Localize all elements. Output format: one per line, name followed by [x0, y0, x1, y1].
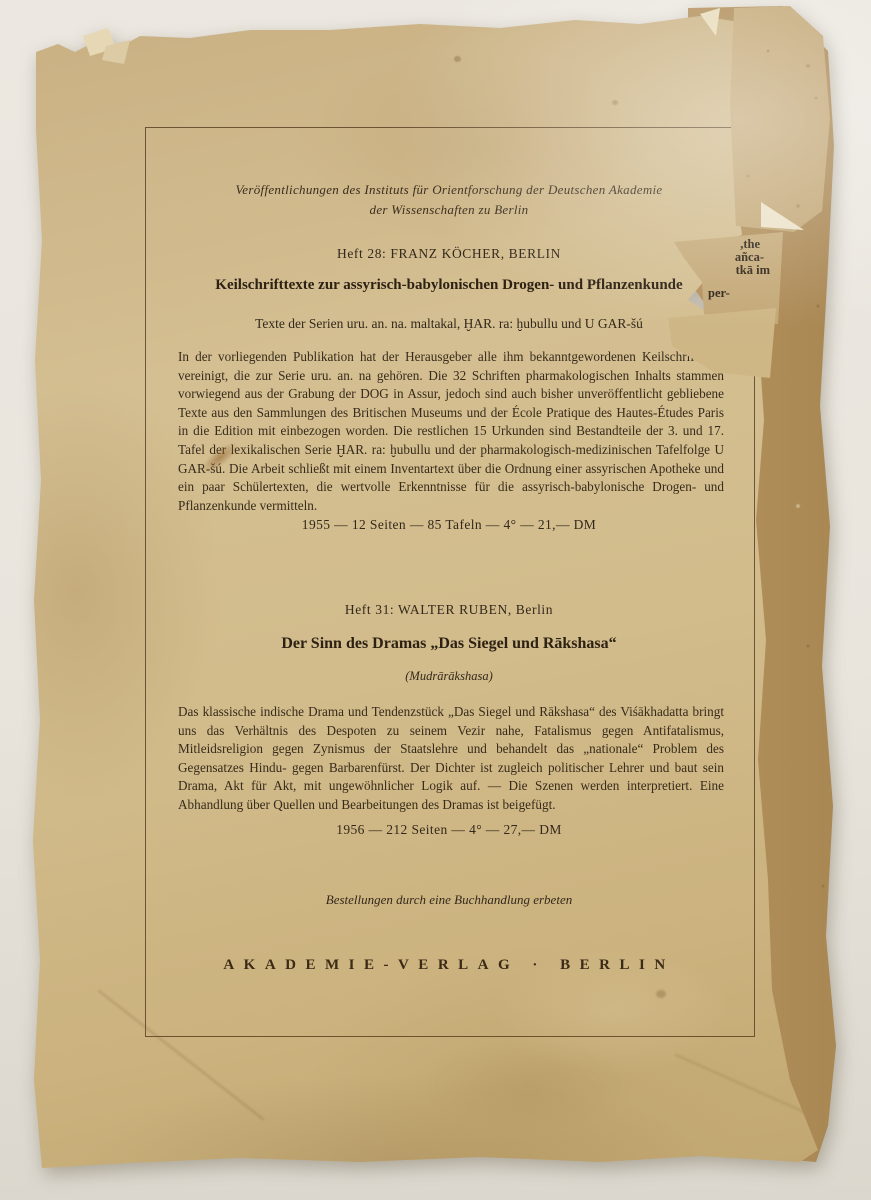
water-stain	[428, 1046, 628, 1126]
photo-background: Veröffentlichungen des Instituts für Ori…	[0, 0, 871, 1200]
booklet: Veröffentlichungen des Instituts für Ori…	[28, 6, 840, 1182]
entry1-subtitle: Texte der Serien uru. an. na. maltakal, …	[145, 316, 753, 332]
entry2-subtitle: (Mudrārākshasa)	[145, 669, 753, 684]
foxing-spot	[454, 56, 461, 62]
entry1-imprint-line: 1955 — 12 Seiten — 85 Tafeln — 4° — 21,—…	[145, 517, 753, 533]
series-title-line2: der Wissenschaften zu Berlin	[145, 202, 753, 218]
torn-text-fragment: per-	[708, 287, 730, 299]
torn-text-fragment: añca-	[688, 251, 764, 263]
torn-text-fragment: tkā im	[688, 264, 770, 276]
entry1-title: Keilschrifttexte zur assyrisch-babylonis…	[145, 277, 753, 294]
entry2-heft-heading: Heft 31: WALTER RUBEN, Berlin	[145, 602, 753, 618]
booklet-back-page: Veröffentlichungen des Instituts für Ori…	[28, 6, 840, 1176]
foxing-spot	[656, 990, 666, 998]
series-title-line1: Veröffentlichungen des Instituts für Ori…	[145, 182, 753, 198]
foxing-spot	[612, 100, 618, 105]
torn-text-fragment: ,the	[688, 238, 760, 250]
entry2-title: Der Sinn des Dramas „Das Siegel und Rāks…	[145, 635, 753, 653]
entry2-description: Das klassische indische Drama und Tenden…	[178, 703, 724, 815]
publisher-name: AKADEMIE-VERLAG · BERLIN	[145, 957, 753, 974]
order-note: Bestellungen durch eine Buchhandlung erb…	[145, 892, 753, 908]
entry2-imprint-line: 1956 — 212 Seiten — 4° — 27,— DM	[145, 822, 753, 838]
entry1-heft-heading: Heft 28: FRANZ KÖCHER, BERLIN	[145, 246, 753, 262]
entry1-description: In der vorliegenden Publikation hat der …	[178, 348, 724, 515]
